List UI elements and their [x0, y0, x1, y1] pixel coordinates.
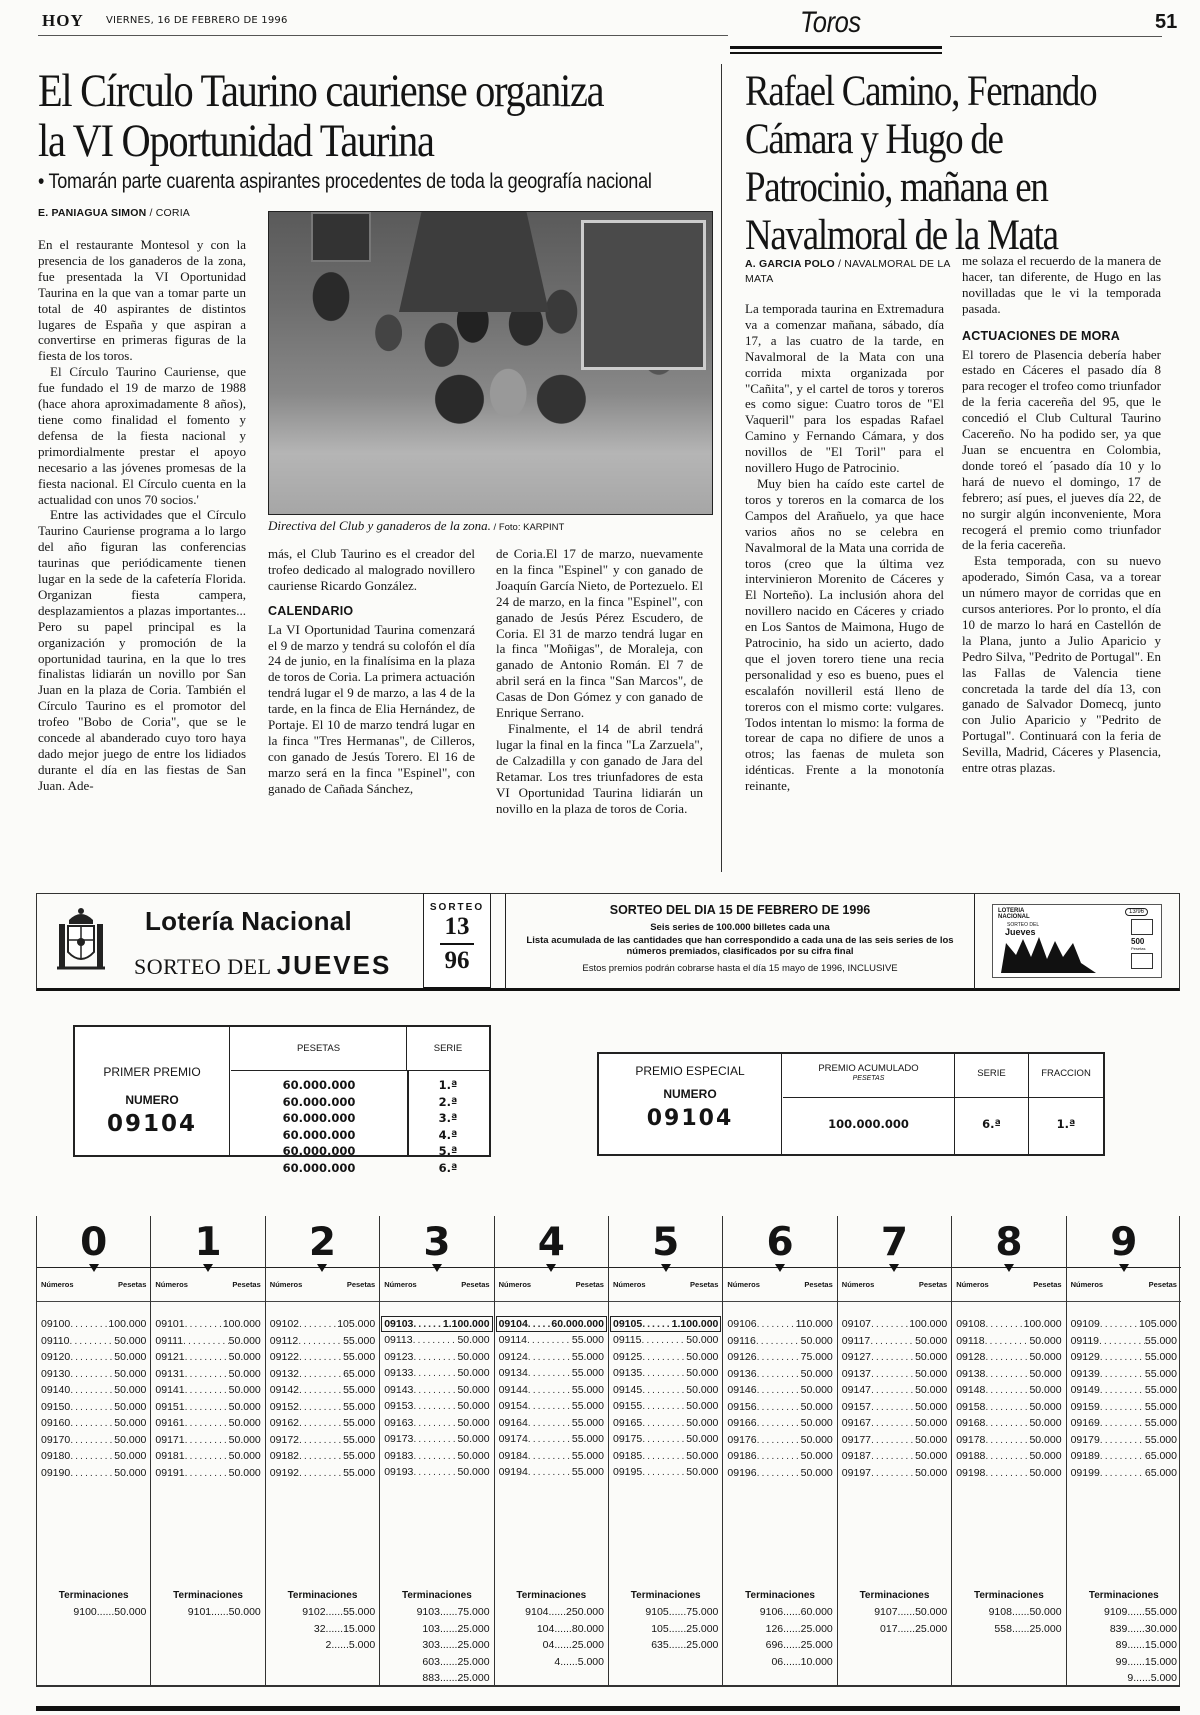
final-digit: 7 — [838, 1216, 951, 1268]
result-row: 09143..........50.000 — [384, 1382, 489, 1399]
final-digit: 0 — [37, 1216, 150, 1268]
column-subheader: NúmerosPesetas — [723, 1268, 836, 1302]
result-row: 09163..........50.000 — [384, 1415, 489, 1432]
spain-coat-of-arms-icon — [55, 906, 107, 974]
result-row: 09194..........55.000 — [499, 1464, 604, 1481]
results-column-1: 1NúmerosPesetas09101..........100.000091… — [151, 1216, 265, 1686]
result-row: 09114..........55.000 — [499, 1332, 604, 1349]
result-row: 09125..........50.000 — [613, 1349, 718, 1366]
premio-especial-number: 09104 — [599, 1106, 781, 1131]
result-row: 09184..........55.000 — [499, 1448, 604, 1465]
terminaciones: Terminaciones9103......75.000103......25… — [380, 1590, 493, 1687]
result-row: 09188..........50.000 — [956, 1448, 1061, 1465]
terminacion-row: 696......25.000 — [723, 1637, 836, 1654]
result-row: 09181..........50.000 — [155, 1448, 260, 1465]
page-bottom-rule — [36, 1706, 1180, 1711]
result-row: 09113..........50.000 — [384, 1332, 489, 1349]
results-column-9: 9NúmerosPesetas09109..........105.000091… — [1067, 1216, 1181, 1686]
result-row: 09128..........50.000 — [956, 1349, 1061, 1366]
result-row: 09137..........50.000 — [842, 1366, 947, 1383]
group-photo — [268, 211, 713, 515]
result-row: 09122..........55.000 — [270, 1349, 375, 1366]
final-digit: 4 — [495, 1216, 608, 1268]
primer-premio-number: 09104 — [75, 1111, 229, 1137]
result-row: 09178..........50.000 — [956, 1432, 1061, 1449]
page-header: HOY VIERNES, 16 DE FEBRERO DE 1996 Toros… — [38, 6, 1178, 56]
result-row: 09135..........50.000 — [613, 1365, 718, 1382]
header-rule — [950, 36, 1162, 37]
result-row: 09182..........55.000 — [270, 1448, 375, 1465]
result-row: 09159..........55.000 — [1071, 1399, 1177, 1416]
results-column-0: 0NúmerosPesetas09100..........100.000091… — [37, 1216, 151, 1686]
terminacion-row: 4......5.000 — [495, 1654, 608, 1671]
result-row: 09199..........65.000 — [1071, 1465, 1177, 1482]
result-row: 09126..........75.000 — [727, 1349, 832, 1366]
result-row: 09139..........55.000 — [1071, 1366, 1177, 1383]
terminacion-row: 104......80.000 — [495, 1621, 608, 1638]
result-row: 09156..........50.000 — [727, 1399, 832, 1416]
sorteo-year: 96 — [424, 947, 490, 975]
result-row: 09104..........60.000.000 — [496, 1316, 607, 1332]
result-row: 09192..........55.000 — [270, 1465, 375, 1482]
result-row: 09151..........50.000 — [155, 1399, 260, 1416]
column-subheader: NúmerosPesetas — [266, 1268, 379, 1302]
result-row: 09109..........105.000 — [1071, 1316, 1177, 1333]
final-digit: 9 — [1067, 1216, 1181, 1268]
column-subheader: NúmerosPesetas — [151, 1268, 264, 1302]
result-row: 09118..........50.000 — [956, 1333, 1061, 1350]
result-row: 09154..........55.000 — [499, 1398, 604, 1415]
premio-especial-box: PREMIO ESPECIAL NUMERO 09104 PREMIO ACUM… — [597, 1052, 1105, 1156]
results-column-6: 6NúmerosPesetas09106..........110.000091… — [723, 1216, 837, 1686]
result-row: 09138..........50.000 — [956, 1366, 1061, 1383]
arrow-down-icon — [546, 1264, 556, 1272]
result-row: 09185..........50.000 — [613, 1448, 718, 1465]
terminaciones: Terminaciones9101......50.000 — [151, 1590, 264, 1621]
terminacion-row: 558......25.000 — [952, 1621, 1065, 1638]
terminaciones: Terminaciones9104......250.000104......8… — [495, 1590, 608, 1670]
result-row: 09197..........50.000 — [842, 1465, 947, 1482]
arrow-down-icon — [1119, 1264, 1129, 1272]
result-row: 09180..........50.000 — [41, 1448, 146, 1465]
terminacion-row: 126......25.000 — [723, 1621, 836, 1638]
fireplace-shape — [399, 212, 549, 312]
terminaciones: Terminaciones9102......55.00032......15.… — [266, 1590, 379, 1654]
arrow-down-icon — [317, 1264, 327, 1272]
terminaciones: Terminaciones9107......50.000017......25… — [838, 1590, 951, 1637]
results-column-8: 8NúmerosPesetas09108..........100.000091… — [952, 1216, 1066, 1686]
results-grid: 0NúmerosPesetas09100..........100.000091… — [36, 1216, 1180, 1686]
article2-column-2: me solaza el recuerdo de la manera de ha… — [962, 253, 1161, 776]
article-deck: • Tomarán parte cuarenta aspirantes proc… — [38, 170, 652, 194]
arrow-down-icon — [1004, 1264, 1014, 1272]
primer-premio-table: PESETAS SERIE 60.000.000 60.000.000 60.0… — [231, 1027, 489, 1155]
result-row: 09189..........65.000 — [1071, 1448, 1177, 1465]
result-row: 09193..........50.000 — [384, 1464, 489, 1481]
result-row: 09190..........50.000 — [41, 1465, 146, 1482]
result-row: 09173..........50.000 — [384, 1431, 489, 1448]
result-row: 09175..........50.000 — [613, 1431, 718, 1448]
result-row: 09146..........50.000 — [727, 1382, 832, 1399]
article-column-1: En el restaurante Montesol y con la pres… — [38, 237, 246, 794]
result-row: 09101..........100.000 — [155, 1316, 260, 1333]
final-digit: 8 — [952, 1216, 1065, 1268]
result-row: 09160..........50.000 — [41, 1415, 146, 1432]
result-row: 09152..........55.000 — [270, 1399, 375, 1416]
column-subheader: NúmerosPesetas — [952, 1268, 1065, 1302]
section-underline — [730, 46, 942, 49]
result-row: 09157..........50.000 — [842, 1399, 947, 1416]
result-row: 09141..........50.000 — [155, 1382, 260, 1399]
result-row: 09158..........50.000 — [956, 1399, 1061, 1416]
final-digit: 2 — [266, 1216, 379, 1268]
terminacion-row: 9103......75.000 — [380, 1604, 493, 1621]
result-row: 09123..........50.000 — [384, 1349, 489, 1366]
result-row: 09171..........50.000 — [155, 1432, 260, 1449]
terminaciones: Terminaciones9100......50.000 — [37, 1590, 150, 1621]
terminacion-row: 32......15.000 — [266, 1621, 379, 1638]
result-row: 09121..........50.000 — [155, 1349, 260, 1366]
result-row: 09130..........50.000 — [41, 1366, 146, 1383]
terminacion-row: 9109......55.000 — [1067, 1604, 1181, 1621]
terminacion-row: 9100......50.000 — [37, 1604, 150, 1621]
column-subheader: NúmerosPesetas — [37, 1268, 150, 1302]
terminaciones: Terminaciones9109......55.000839......30… — [1067, 1590, 1181, 1687]
terminacion-row: 9107......50.000 — [838, 1604, 951, 1621]
results-column-2: 2NúmerosPesetas09102..........105.000091… — [266, 1216, 380, 1686]
arrow-down-icon — [89, 1264, 99, 1272]
result-row: 09198..........50.000 — [956, 1465, 1061, 1482]
result-row: 09112..........55.000 — [270, 1333, 375, 1350]
arrow-down-icon — [889, 1264, 899, 1272]
result-row: 09127..........50.000 — [842, 1349, 947, 1366]
result-row: 09108..........100.000 — [956, 1316, 1061, 1333]
terminacion-row: 9102......55.000 — [266, 1604, 379, 1621]
terminacion-row: 9106......60.000 — [723, 1604, 836, 1621]
page-number: 51 — [1155, 11, 1177, 34]
result-row: 09165..........50.000 — [613, 1415, 718, 1432]
results-column-4: 4NúmerosPesetas09104..........60.000.000… — [495, 1216, 609, 1686]
result-row: 09153..........50.000 — [384, 1398, 489, 1415]
column-subheader: NúmerosPesetas — [495, 1268, 608, 1302]
column-subheader: NúmerosPesetas — [1067, 1268, 1181, 1302]
final-digit: 6 — [723, 1216, 836, 1268]
column-subheader: NúmerosPesetas — [380, 1268, 493, 1302]
terminacion-row: 04......25.000 — [495, 1637, 608, 1654]
header-rule — [38, 35, 728, 36]
lottery-subtitle: SORTEO DEL JUEVES — [134, 950, 391, 981]
article2-byline: A. GARCIA POLO / NAVALMORAL DE LA MATA — [745, 257, 950, 287]
terminaciones: Terminaciones9105......75.000105......25… — [609, 1590, 722, 1654]
terminaciones: Terminaciones9108......50.000558......25… — [952, 1590, 1065, 1637]
result-row: 09147..........50.000 — [842, 1382, 947, 1399]
result-row: 09149..........55.000 — [1071, 1382, 1177, 1399]
doorway-shape — [581, 220, 706, 370]
terminacion-row: 603......25.000 — [380, 1654, 493, 1671]
dancers-illustration-icon — [1001, 935, 1096, 973]
terminacion-row: 017......25.000 — [838, 1621, 951, 1638]
article-column-3: de Coria.El 17 de marzo, nuevamente en l… — [496, 546, 703, 816]
result-row: 09145..........50.000 — [613, 1382, 718, 1399]
result-row: 09172..........55.000 — [270, 1432, 375, 1449]
result-row: 09148..........50.000 — [956, 1382, 1061, 1399]
results-column-7: 7NúmerosPesetas09107..........100.000091… — [838, 1216, 952, 1686]
arrow-down-icon — [432, 1264, 442, 1272]
result-row: 09119..........55.000 — [1071, 1333, 1177, 1350]
result-row: 09142..........55.000 — [270, 1382, 375, 1399]
result-row: 09111..........50.000 — [155, 1333, 260, 1350]
result-row: 09144..........55.000 — [499, 1382, 604, 1399]
arrow-down-icon — [775, 1264, 785, 1272]
sorteo-number: 13 — [424, 913, 490, 941]
column-subheader: NúmerosPesetas — [838, 1268, 951, 1302]
result-row: 09134..........55.000 — [499, 1365, 604, 1382]
result-row: 09100..........100.000 — [41, 1316, 146, 1333]
result-row: 09177..........50.000 — [842, 1432, 947, 1449]
result-row: 09168..........50.000 — [956, 1415, 1061, 1432]
terminacion-row: 99......15.000 — [1067, 1654, 1181, 1671]
terminacion-row: 2......5.000 — [266, 1637, 379, 1654]
result-row: 09196..........50.000 — [727, 1465, 832, 1482]
arrow-down-icon — [203, 1264, 213, 1272]
subhead-actuaciones: ACTUACIONES DE MORA — [962, 329, 1161, 345]
sorteo-number-box: SORTEO 13 96 — [423, 893, 491, 989]
terminacion-row: 635......25.000 — [609, 1637, 722, 1654]
article-byline: E. PANIAGUA SIMON / CORIA — [38, 207, 190, 219]
result-row: 09155..........50.000 — [613, 1398, 718, 1415]
result-row: 09107..........100.000 — [842, 1316, 947, 1333]
result-row: 09131..........50.000 — [155, 1366, 260, 1383]
result-row: 09183..........50.000 — [384, 1448, 489, 1465]
grid-bottom-rule — [36, 1685, 1180, 1687]
result-row: 09124..........55.000 — [499, 1349, 604, 1366]
result-row: 09105..........1.100.000 — [610, 1316, 721, 1332]
terminacion-row: 9108......50.000 — [952, 1604, 1065, 1621]
result-row: 09174..........55.000 — [499, 1431, 604, 1448]
result-row: 09140..........50.000 — [41, 1382, 146, 1399]
result-row: 09179..........55.000 — [1071, 1432, 1177, 1449]
result-row: 09195..........50.000 — [613, 1464, 718, 1481]
result-row: 09102..........105.000 — [270, 1316, 375, 1333]
section-title: Toros — [800, 6, 861, 40]
article2-headline: Rafael Camino, Fernando Cámara y Hugo de… — [745, 68, 1096, 260]
article2-column-1: La temporada taurina en Extremadura va a… — [745, 301, 944, 794]
terminacion-row: 303......25.000 — [380, 1637, 493, 1654]
final-digit: 5 — [609, 1216, 722, 1268]
result-row: 09103..........1.100.000 — [381, 1316, 492, 1332]
terminacion-row: 839......30.000 — [1067, 1621, 1181, 1638]
result-row: 09186..........50.000 — [727, 1448, 832, 1465]
terminacion-row: 9101......50.000 — [151, 1604, 264, 1621]
result-row: 09129..........55.000 — [1071, 1349, 1177, 1366]
result-row: 09110..........50.000 — [41, 1333, 146, 1350]
result-row: 09191..........50.000 — [155, 1465, 260, 1482]
column-subheader: NúmerosPesetas — [609, 1268, 722, 1302]
lottery-title: Lotería Nacional — [145, 906, 352, 937]
result-row: 09162..........55.000 — [270, 1415, 375, 1432]
result-row: 09161..........50.000 — [155, 1415, 260, 1432]
final-digit: 1 — [151, 1216, 264, 1268]
lottery-header: Lotería Nacional SORTEO DEL JUEVES SORTE… — [36, 893, 1180, 991]
results-column-3: 3NúmerosPesetas09103..........1.100.0000… — [380, 1216, 494, 1686]
terminacion-row: 9105......75.000 — [609, 1604, 722, 1621]
result-row: 09166..........50.000 — [727, 1415, 832, 1432]
result-row: 09169..........55.000 — [1071, 1415, 1177, 1432]
result-row: 09170..........50.000 — [41, 1432, 146, 1449]
premio-acumulado-value: 100.000.000 — [783, 1098, 954, 1150]
result-row: 09167..........50.000 — [842, 1415, 947, 1432]
result-row: 09132..........65.000 — [270, 1366, 375, 1383]
arrow-down-icon — [661, 1264, 671, 1272]
terminacion-row: 105......25.000 — [609, 1621, 722, 1638]
section-underline — [730, 52, 942, 54]
article-headline: El Círculo Taurino cauriense organiza la… — [38, 66, 603, 166]
result-row: 09136..........50.000 — [727, 1366, 832, 1383]
result-row: 09106..........110.000 — [727, 1316, 832, 1333]
result-row: 09116..........50.000 — [727, 1333, 832, 1350]
result-row: 09115..........50.000 — [613, 1332, 718, 1349]
lottery-ticket-image: LOTERIA NACIONAL SORTEO DEL Jueves 13/96… — [992, 904, 1162, 978]
newspaper-name: HOY — [42, 11, 84, 31]
article-column-2: más, el Club Taurino es el creador del t… — [268, 546, 475, 797]
primer-premio-box: PRIMER PREMIO NUMERO 09104 PESETAS SERIE… — [73, 1025, 491, 1157]
subhead-calendario: CALENDARIO — [268, 604, 475, 620]
final-digit: 3 — [380, 1216, 493, 1268]
result-row: 09150..........50.000 — [41, 1399, 146, 1416]
terminaciones: Terminaciones9106......60.000126......25… — [723, 1590, 836, 1670]
photo-caption: Directiva del Club y ganaderos de la zon… — [268, 518, 564, 534]
issue-date: VIERNES, 16 DE FEBRERO DE 1996 — [106, 15, 288, 26]
terminacion-row: 103......25.000 — [380, 1621, 493, 1638]
results-column-5: 5NúmerosPesetas09105..........1.100.0000… — [609, 1216, 723, 1686]
terminacion-row: 89......15.000 — [1067, 1637, 1181, 1654]
terminacion-row: 9104......250.000 — [495, 1604, 608, 1621]
result-row: 09120..........50.000 — [41, 1349, 146, 1366]
column-divider — [721, 64, 722, 872]
result-row: 09164..........55.000 — [499, 1415, 604, 1432]
result-row: 09176..........50.000 — [727, 1432, 832, 1449]
terminacion-row: 06......10.000 — [723, 1654, 836, 1671]
result-row: 09117..........50.000 — [842, 1333, 947, 1350]
result-row: 09133..........50.000 — [384, 1365, 489, 1382]
wall-painting-shape — [311, 212, 371, 262]
result-row: 09187..........50.000 — [842, 1448, 947, 1465]
sorteo-info: SORTEO DEL DIA 15 DE FEBRERO DE 1996 Sei… — [505, 894, 975, 989]
